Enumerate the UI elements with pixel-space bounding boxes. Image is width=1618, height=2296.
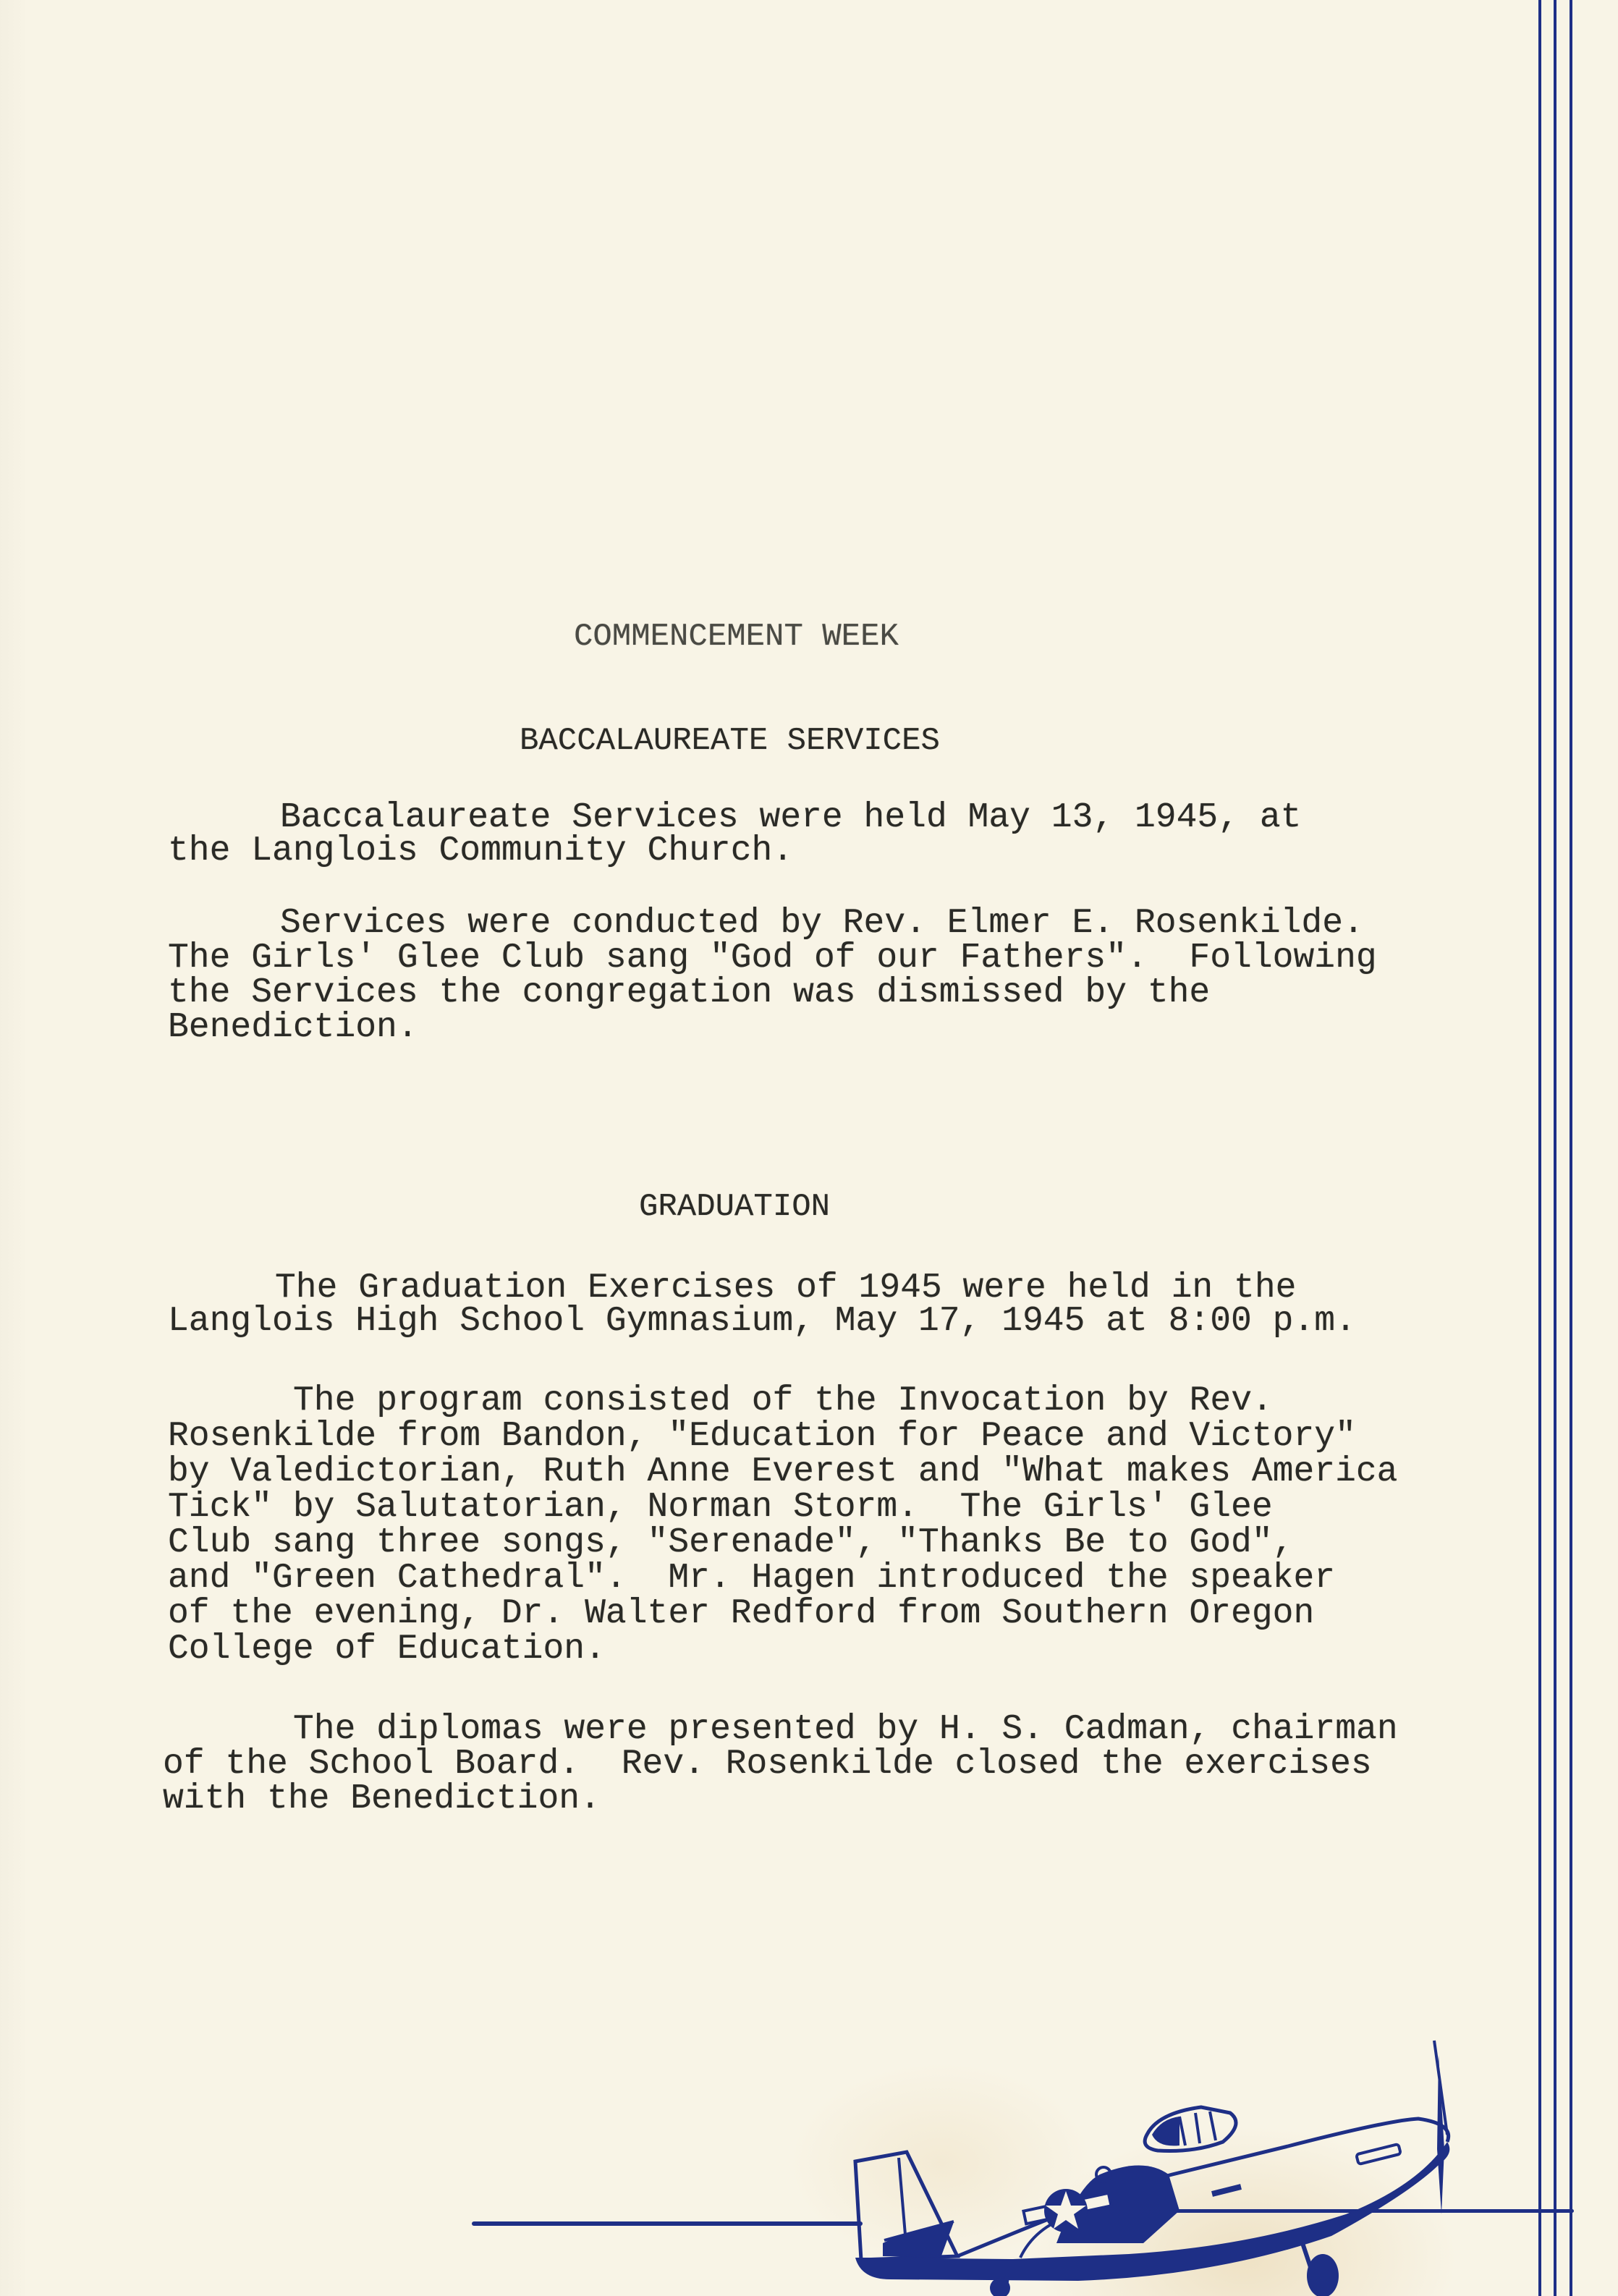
paper-background [0,0,1618,2296]
paragraph-line: Rosenkilde from Bandon, "Education for P… [168,1419,1356,1454]
paragraph-line: College of Education. [168,1632,606,1666]
ground-line-left [472,2221,863,2226]
paragraph-line: Tick" by Salutatorian, Norman Storm. The… [168,1490,1273,1525]
paragraph-line: The Girls' Glee Club sang "God of our Fa… [168,941,1377,975]
page-title: COMMENCEMENT WEEK [574,619,899,654]
paragraph-line: of the School Board. Rev. Rosenkilde clo… [163,1747,1372,1782]
margin-rule-3 [1570,0,1572,2296]
paragraph-line: by Valedictorian, Ruth Anne Everest and … [168,1454,1397,1489]
paragraph-line: Langlois High School Gymnasium, May 17, … [168,1304,1356,1339]
margin-rule-1 [1538,0,1541,2296]
paragraph-line: Club sang three songs, "Serenade", "Than… [168,1525,1293,1560]
margin-rule-2 [1554,0,1556,2296]
section-heading-graduation: GRADUATION [639,1190,830,1224]
paragraph-line: Benediction. [168,1010,418,1045]
paragraph-line: The diplomas were presented by H. S. Cad… [293,1712,1398,1747]
paragraph-line: Baccalaureate Services were held May 13,… [280,800,1301,835]
paragraph-line: Services were conducted by Rev. Elmer E.… [280,906,1364,941]
paragraph-line: The Graduation Exercises of 1945 were he… [275,1271,1296,1305]
paragraph-line: The program consisted of the Invocation … [293,1384,1273,1418]
paragraph-line: the Services the congregation was dismis… [168,975,1210,1010]
paragraph-line: with the Benediction. [163,1782,601,1816]
fighter-plane-icon [839,2026,1491,2296]
paragraph-line: and "Green Cathedral". Mr. Hagen introdu… [168,1561,1335,1596]
section-heading-baccalaureate: BACCALAUREATE SERVICES [520,724,940,758]
paragraph-line: the Langlois Community Church. [168,834,793,868]
paragraph-line: of the evening, Dr. Walter Redford from … [168,1596,1314,1631]
